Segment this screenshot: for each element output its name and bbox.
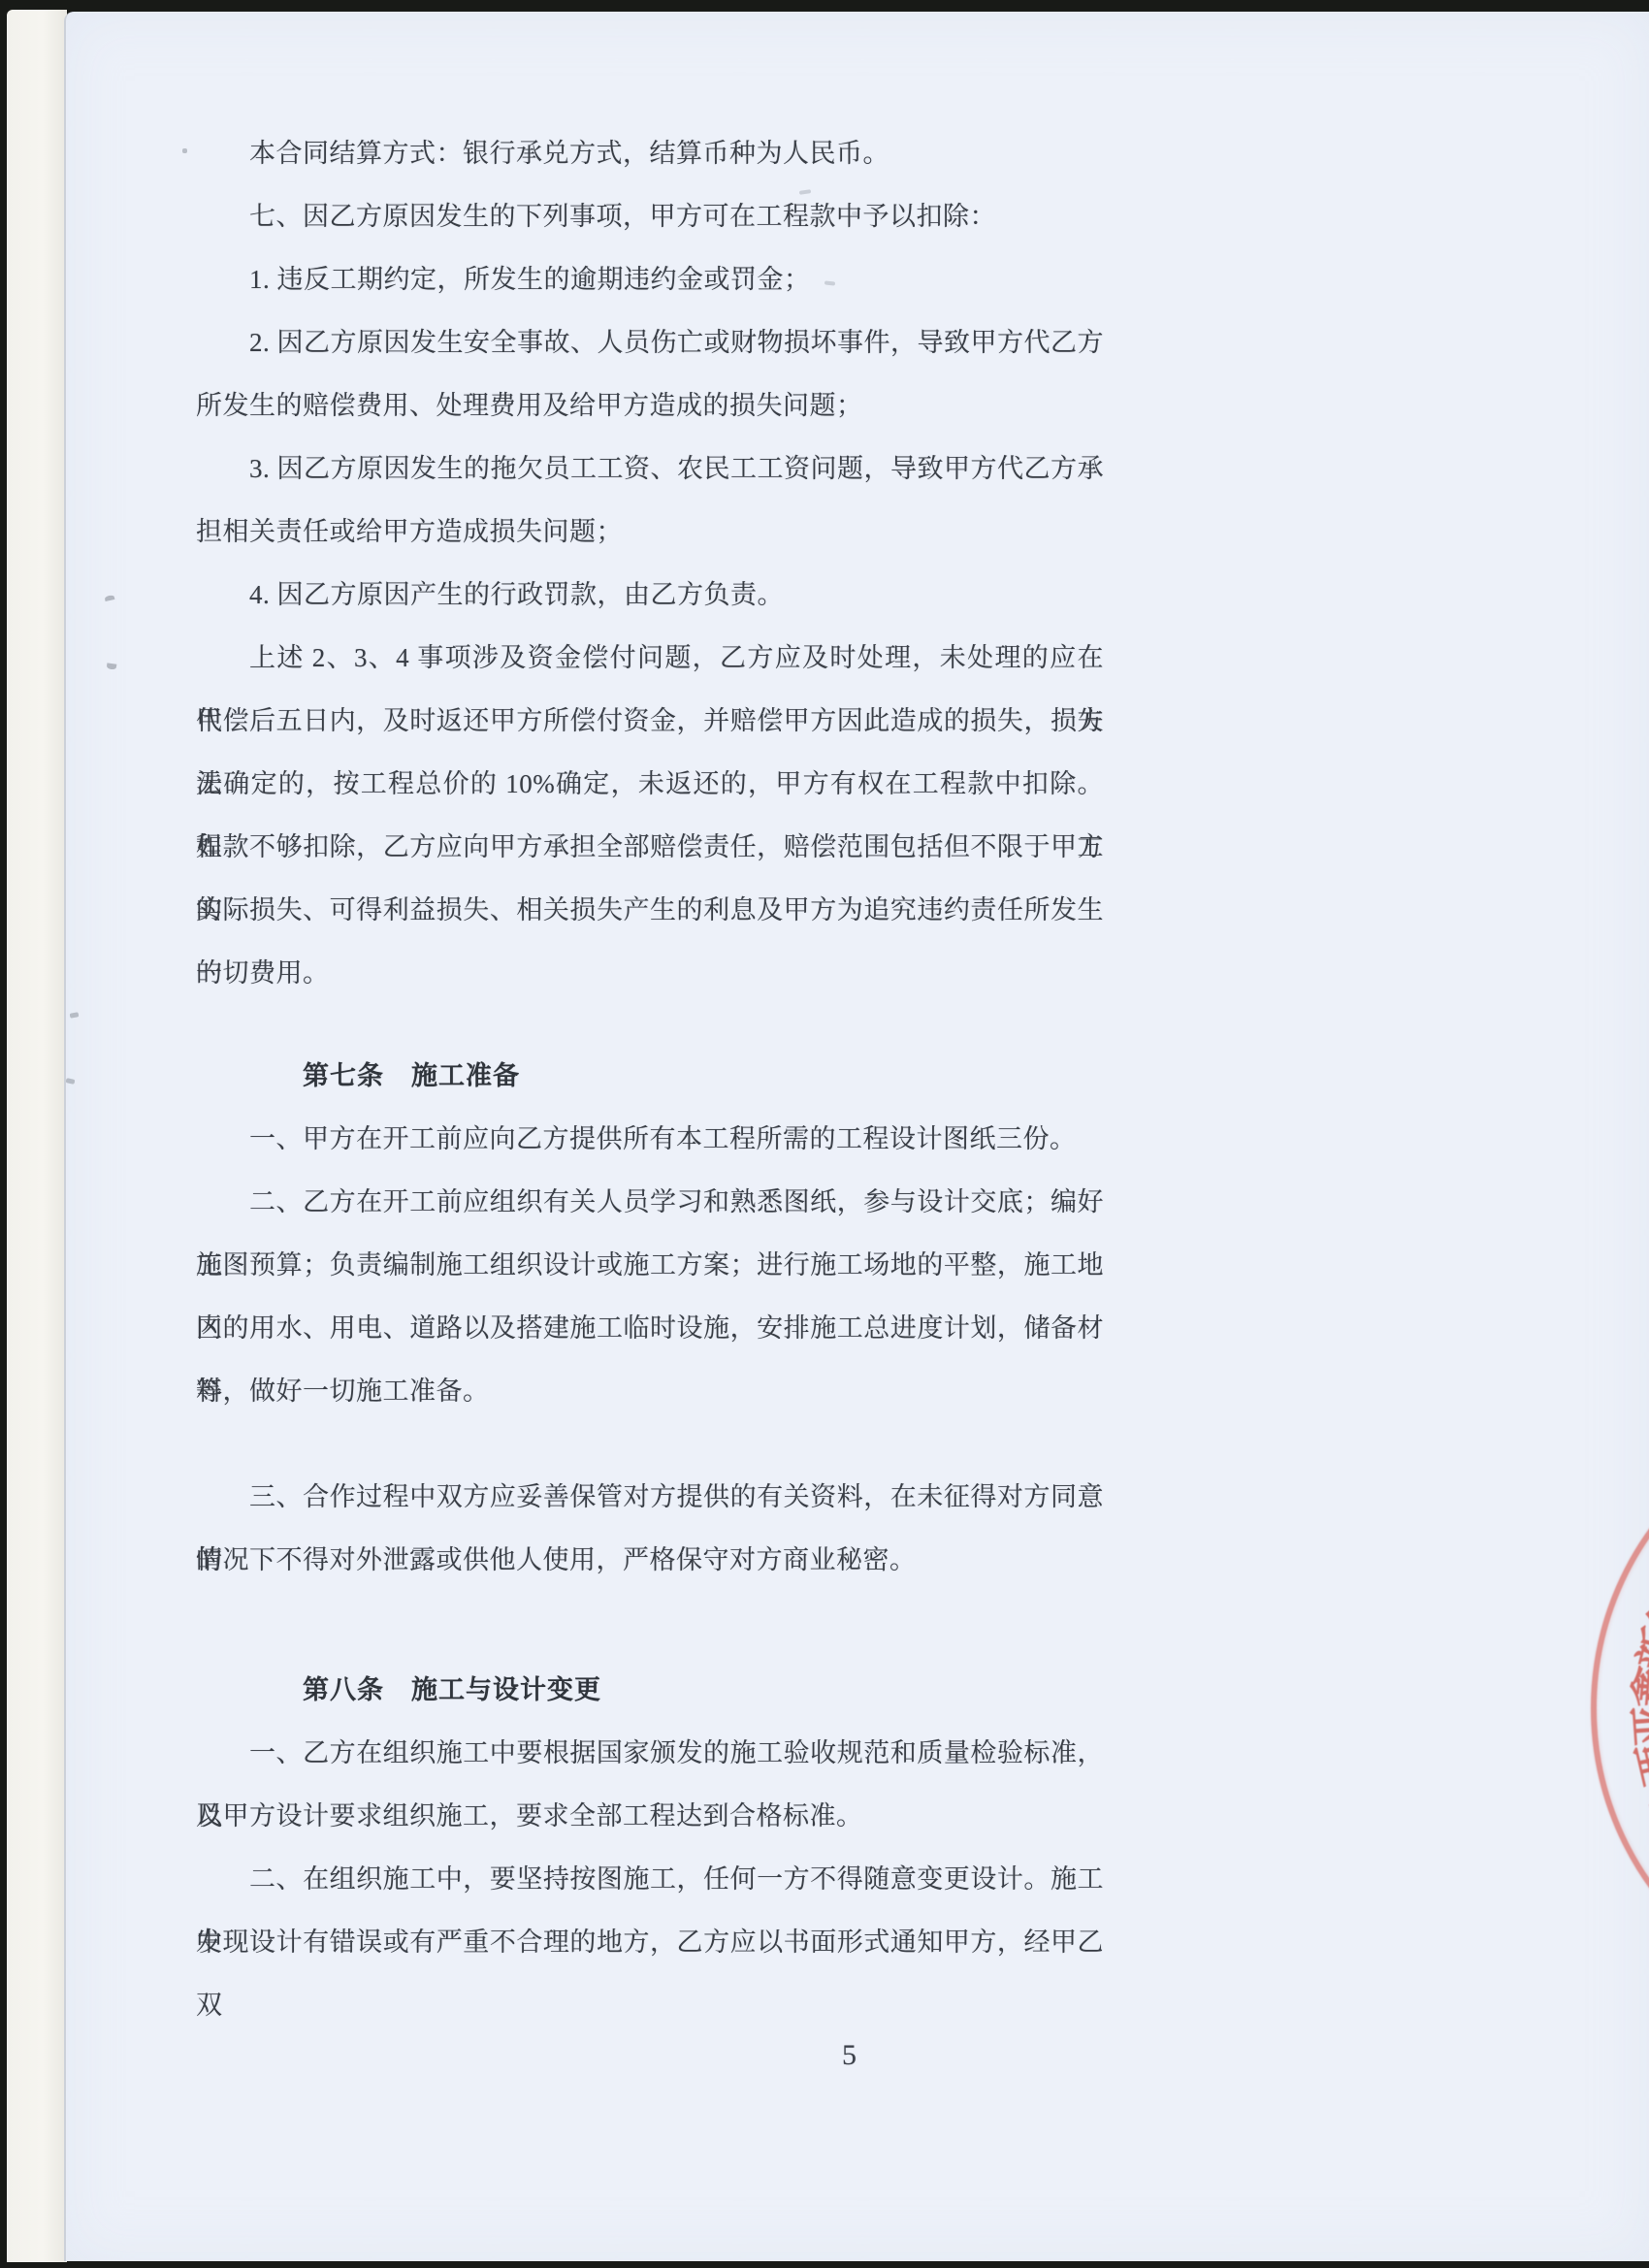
scanned-contract-page: 本合同结算方式：银行承兑方式，结算币种为人民币。七、因乙方原因发生的下列事项，甲… bbox=[0, 0, 1649, 2268]
text-line: 所发生的赔偿费用、处理费用及给甲方造成的损失问题； bbox=[196, 374, 1104, 437]
text-line: 2. 因乙方原因发生安全事故、人员伤亡或财物损坏事件，导致甲方代乙方 bbox=[196, 311, 1104, 374]
page-number: 5 bbox=[842, 2039, 857, 2072]
text-line: 上述 2、3、4 事项涉及资金偿付问题，乙方应及时处理，未处理的应在甲方 bbox=[196, 627, 1104, 690]
text-line: 1. 违反工期约定，所发生的逾期违约金或罚金； bbox=[196, 248, 1104, 311]
text-line: 工图预算；负责编制施工组织设计或施工方案；进行施工场地的平整，施工地区 bbox=[196, 1234, 1104, 1297]
text-line: 发现设计有错误或有严重不合理的地方，乙方应以书面形式通知甲方，经甲乙双 bbox=[196, 1911, 1104, 1974]
text-line: 程款不够扣除，乙方应向甲方承担全部赔偿责任，赔偿范围包括但不限于甲方的 bbox=[196, 816, 1104, 879]
section-heading: 第七条 施工准备 bbox=[196, 1045, 1104, 1108]
text-line: 4. 因乙方原因产生的行政罚款，由乙方负责。 bbox=[196, 564, 1104, 627]
text-line: 一切费用。 bbox=[196, 942, 1104, 1005]
text-line: 代偿后五日内，及时返还甲方所偿付资金，并赔偿甲方因此造成的损失，损失无 bbox=[196, 690, 1104, 753]
text-line: 七、因乙方原因发生的下列事项，甲方可在工程款中予以扣除： bbox=[196, 185, 1104, 248]
text-line: 本合同结算方式：银行承兑方式，结算币种为人民币。 bbox=[196, 122, 1104, 185]
text-line: 一、乙方在组织施工中要根据国家颁发的施工验收规范和质量检验标准，以 bbox=[196, 1722, 1104, 1785]
text-line: 实际损失、可得利益损失、相关损失产生的利息及甲方为追究违约责任所发生的 bbox=[196, 879, 1104, 942]
text-line: 一、甲方在开工前应向乙方提供所有本工程所需的工程设计图纸三份。 bbox=[196, 1108, 1104, 1171]
contract-page: 本合同结算方式：银行承兑方式，结算币种为人民币。七、因乙方原因发生的下列事项，甲… bbox=[64, 12, 1649, 2261]
text-line: 3. 因乙方原因发生的拖欠员工工资、农民工工资问题，导致甲方代乙方承 bbox=[196, 437, 1104, 501]
text-line: 二、乙方在开工前应组织有关人员学习和熟悉图纸，参与设计交底；编好施 bbox=[196, 1171, 1104, 1234]
text-line: 二、在组织施工中，要坚持按图施工，任何一方不得随意变更设计。施工中 bbox=[196, 1848, 1104, 1911]
text-line: 等，做好一切施工准备。 bbox=[196, 1360, 1104, 1423]
text-line: 担相关责任或给甲方造成损失问题； bbox=[196, 501, 1104, 564]
seal-character: 鑫 bbox=[1629, 1663, 1649, 1711]
scan-artifact bbox=[852, 211, 857, 215]
text-line: 及甲方设计要求组织施工，要求全部工程达到合格标准。 bbox=[196, 1785, 1104, 1848]
section-heading: 第八条 施工与设计变更 bbox=[196, 1659, 1104, 1722]
text-line: 内的用水、用电、道路以及搭建施工临时设施，安排施工总进度计划，储备材料 bbox=[196, 1297, 1104, 1360]
text-line: 情况下不得对外泄露或供他人使用，严格保守对方商业秘密。 bbox=[196, 1529, 1104, 1592]
paper-edge-strip bbox=[7, 10, 67, 2262]
text-line: 法确定的，按工程总价的 10%确定，未返还的，甲方有权在工程款中扣除。如工 bbox=[196, 753, 1104, 816]
contract-text: 本合同结算方式：银行承兑方式，结算币种为人民币。七、因乙方原因发生的下列事项，甲… bbox=[196, 122, 1104, 1974]
text-line: 三、合作过程中双方应妥善保管对方提供的有关资料，在未征得对方同意的 bbox=[196, 1466, 1104, 1529]
scan-artifact bbox=[182, 148, 187, 153]
